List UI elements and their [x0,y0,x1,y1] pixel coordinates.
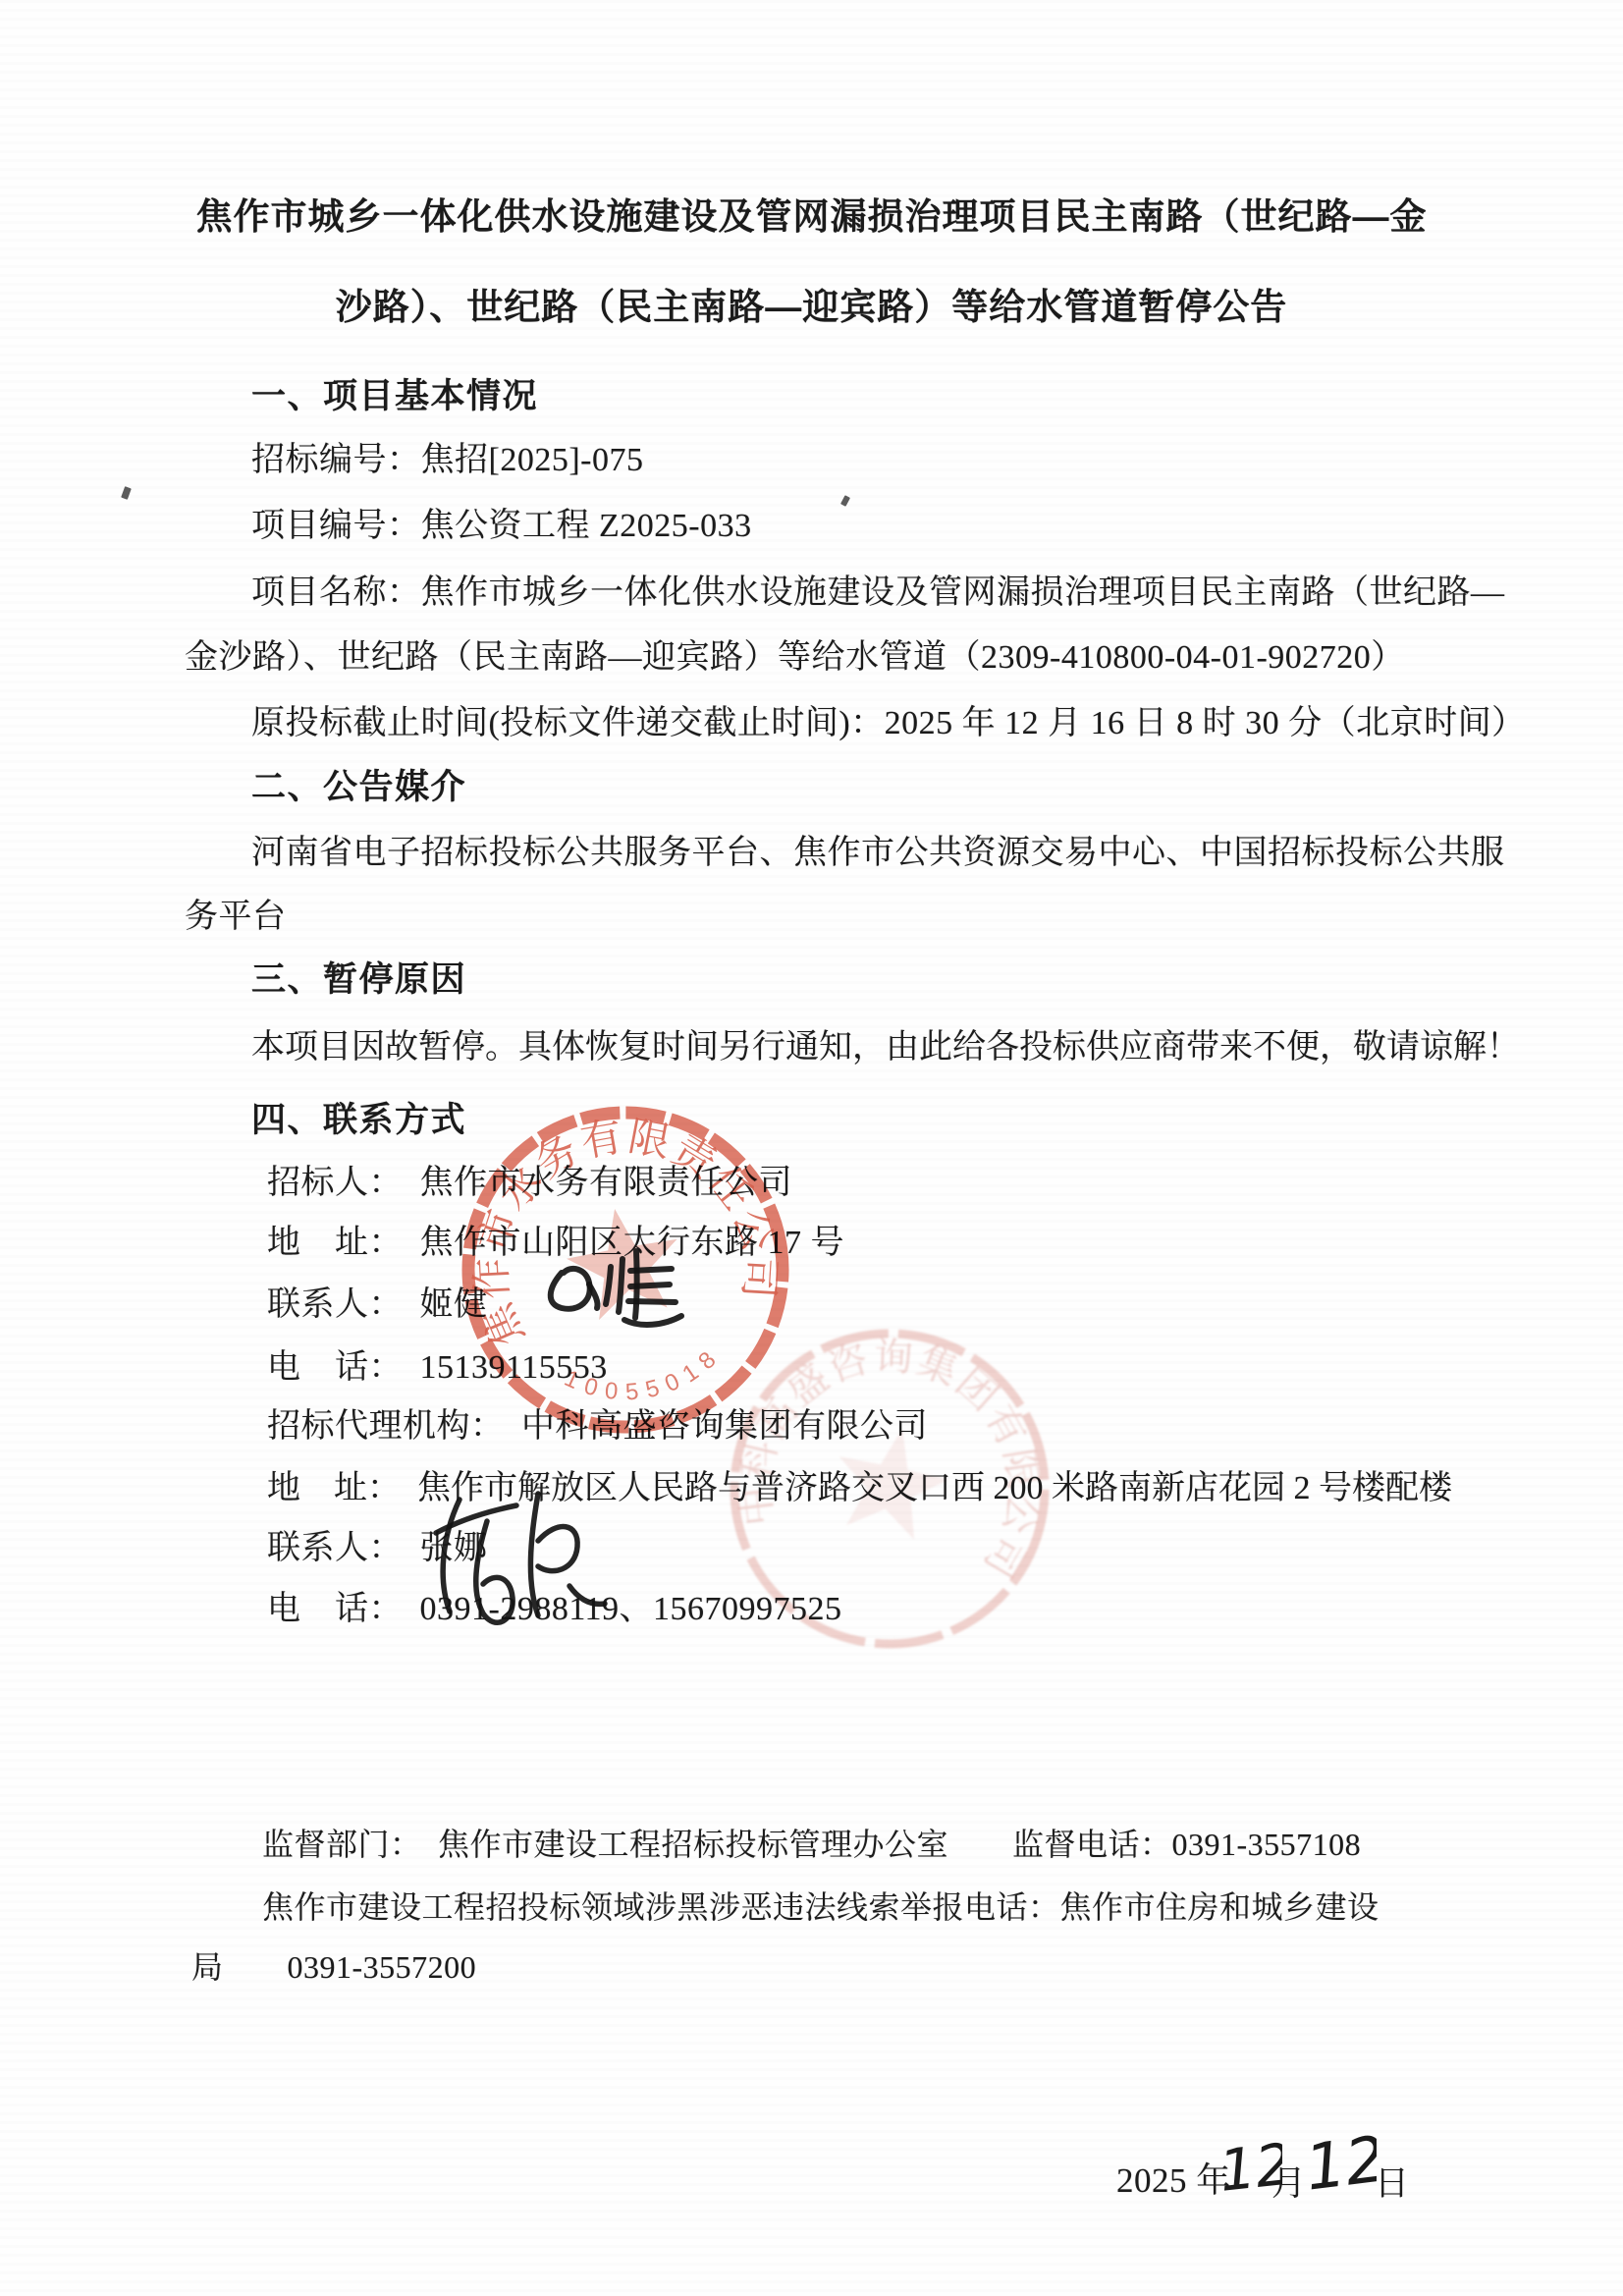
agency-line: 招标代理机构： 中科高盛咨询集团有限公司 [267,1398,928,1447]
tenderer-phone-line: 电 话： 15139115553 [267,1339,608,1388]
section2-heading: 二、公告媒介 [251,760,466,809]
supervision-line1: 监督部门： 焦作市建设工程招标投标管理办公室 监督电话：0391-3557108 [262,1820,1361,1865]
tenderer-address-line: 地 址： 焦作市山阳区太行东路 17 号 [267,1215,844,1263]
scan-speck [121,486,132,500]
date-month-label: 月 [1271,2157,1307,2206]
date-day-label: 日 [1375,2157,1410,2206]
agency-address-line: 地 址： 焦作市解放区人民路与普济路交叉口西 200 米路南新店花园 2 号楼配… [267,1460,1452,1508]
handwritten-day: 12 [1298,2121,1377,2212]
tenderer-line: 招标人： 焦作市水务有限责任公司 [267,1155,792,1203]
section1-heading: 一、项目基本情况 [251,369,538,418]
bid-deadline-line: 原投标截止时间(投标文件递交截止时间)：2025 年 12 月 16 日 8 时… [251,695,1526,743]
project-number-line: 项目编号：焦公资工程 Z2025-033 [251,498,752,546]
section3-heading: 三、暂停原因 [251,953,466,1002]
scan-speck [840,495,850,507]
document-title-line1: 焦作市城乡一体化供水设施建设及管网漏损治理项目民主南路（世纪路—金 [0,187,1623,240]
svg-text:中科高盛咨询集团有限公司: 中科高盛咨询集团有限公司 [724,1306,1072,1590]
suspension-reason-line: 本项目因故暂停。具体恢复时间另行通知，由此给各投标供应商带来不便，敬请谅解！ [251,1019,1520,1067]
svg-text:12: 12 [1302,2123,1377,2205]
project-name-line2: 金沙路）、世纪路（民主南路—迎宾路）等给水管道（2309-410800-04-0… [185,629,1405,678]
seal-ring-text: 中科高盛咨询集团有限公司 [724,1306,1072,1590]
document-page: 焦作市城乡一体化供水设施建设及管网漏损治理项目民主南路（世纪路—金 沙路）、世纪… [0,0,1623,2296]
media-line1: 河南省电子招标投标公共服务平台、焦作市公共资源交易中心、中国招标投标公共服 [251,825,1505,873]
seal-ring [444,1088,808,1452]
tenderer-contact-line: 联系人： 姬健 [267,1277,488,1325]
agency-contact-line: 联系人： 张娜 [267,1520,488,1568]
tender-number-line: 招标编号：焦招[2025]-075 [251,432,643,480]
date-year: 2025 年 [1116,2154,1231,2203]
section4-heading: 四、联系方式 [251,1093,466,1142]
project-name-line1: 项目名称：焦作市城乡一体化供水设施建设及管网漏损治理项目民主南路（世纪路— [251,565,1505,613]
agency-phone-line: 电 话： 0391-2988119、15670997525 [267,1581,842,1629]
media-line2: 务平台 [185,889,287,937]
document-title-line2: 沙路）、世纪路（民主南路—迎宾路）等给水管道暂停公告 [0,277,1623,330]
supervision-line3: 局 0391-3557200 [191,1942,476,1988]
supervision-line2: 焦作市建设工程招投标领域涉黑涉恶违法线索举报电话：焦作市住房和城乡建设 [262,1883,1380,1928]
